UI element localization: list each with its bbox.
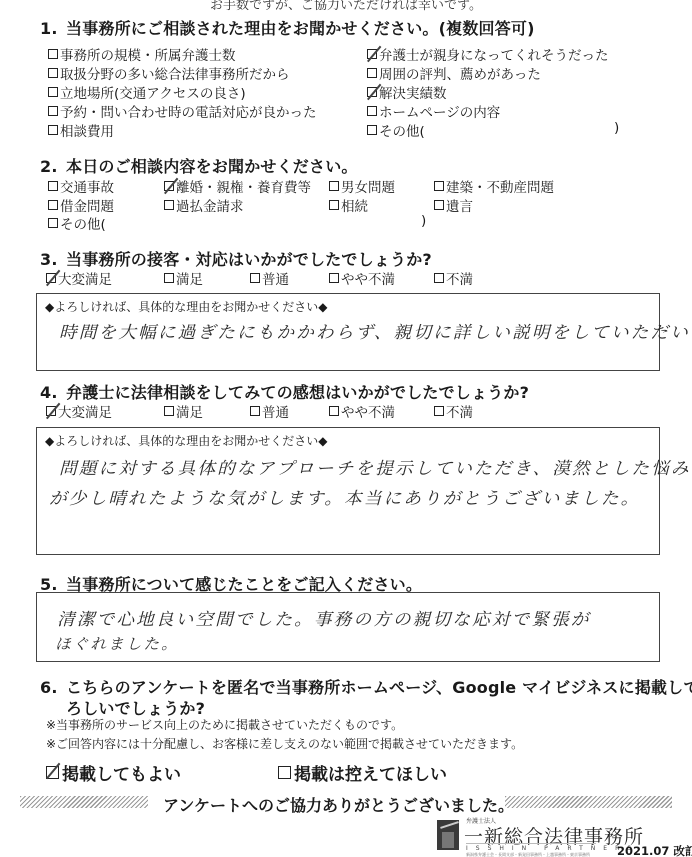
- option-label: 借金問題: [60, 195, 114, 215]
- thanks-message: アンケートへのご協力ありがとうございました。: [163, 793, 514, 816]
- hatch-divider-right: [505, 796, 672, 808]
- option-label: 大変満足: [58, 401, 112, 421]
- q2-option[interactable]: 借金問題: [48, 195, 114, 215]
- option-label: 事務所の規模・所属弁護士数: [60, 44, 236, 64]
- q1-option[interactable]: 周囲の評判、薦めがあった: [367, 63, 541, 83]
- q4-option-checked[interactable]: 大変満足: [46, 401, 112, 421]
- option-label: 弁護士が親身になってくれそうだった: [379, 44, 609, 64]
- checkbox-icon[interactable]: [329, 200, 339, 210]
- logo-offices: 新潟県弁護士会・長岡支部・新発田事務所・上越事務所・東京事務所: [466, 852, 590, 857]
- q3-title-text: 当事務所の接客・対応はいかがでしたでしょうか?: [66, 250, 432, 269]
- option-label: 掲載は控えてほしい: [294, 760, 447, 785]
- q3-number: 3.: [40, 250, 66, 269]
- q1-title-text: 当事務所にご相談された理由をお聞かせください。(複数回答可): [66, 19, 535, 38]
- q4-option[interactable]: 普通: [250, 401, 289, 421]
- checkbox-checked-icon[interactable]: [46, 406, 56, 416]
- option-label: 掲載してもよい: [62, 760, 181, 785]
- q5-answer-box[interactable]: 清潔で心地良い空間でした。事務の方の親切な応対で緊張が ほぐれました。: [36, 592, 660, 662]
- checkbox-icon[interactable]: [250, 273, 260, 283]
- checkbox-icon[interactable]: [48, 49, 58, 59]
- q2-option[interactable]: 遺言: [434, 195, 473, 215]
- q6-option-publish-decline[interactable]: 掲載は控えてほしい: [278, 760, 447, 785]
- checkbox-icon[interactable]: [164, 273, 174, 283]
- checkbox-icon[interactable]: [250, 406, 260, 416]
- q3-answer-box[interactable]: ◆よろしければ、具体的な理由をお聞かせください◆ 時間を大幅に過ぎたにもかかわら…: [36, 293, 660, 371]
- q5-handwritten-answer-line-1: 清潔で心地良い空間でした。事務の方の親切な応対で緊張が: [57, 605, 591, 630]
- checkbox-icon[interactable]: [329, 273, 339, 283]
- checkbox-icon[interactable]: [434, 200, 444, 210]
- option-label: 普通: [262, 401, 289, 421]
- checkbox-icon[interactable]: [48, 68, 58, 78]
- q1-option[interactable]: 予約・問い合わせ時の電話対応が良かった: [48, 101, 317, 121]
- option-label: 不満: [446, 401, 473, 421]
- q3-handwritten-answer: 時間を大幅に過ぎたにもかかわらず、親切に詳しい説明をしていただいた。: [59, 318, 692, 343]
- q5-handwritten-answer-line-2: ほぐれました。: [55, 633, 179, 654]
- q6-option-publish-ok[interactable]: 掲載してもよい: [46, 760, 181, 785]
- q3-option-checked[interactable]: 大変満足: [46, 268, 112, 288]
- checkbox-icon[interactable]: [434, 273, 444, 283]
- q6-note-1: ※当事務所のサービス向上のために掲載させていただくものです。: [46, 716, 403, 733]
- q1-other-close-paren: ): [614, 120, 619, 136]
- option-label: ホームページの内容: [379, 101, 500, 121]
- option-label: 立地場所(交通アクセスの良さ): [60, 82, 246, 102]
- q2-option[interactable]: 建築・不動産問題: [434, 176, 554, 196]
- checkbox-icon[interactable]: [48, 125, 58, 135]
- checkbox-icon[interactable]: [434, 406, 444, 416]
- q6-note-2: ※ご回答内容には十分配慮し、お客様に差し支えのない範囲で掲載させていただきます。: [46, 735, 523, 752]
- option-label: 建築・不動産問題: [446, 176, 554, 196]
- q2-number: 2.: [40, 157, 66, 176]
- checkbox-icon[interactable]: [367, 106, 377, 116]
- checkbox-checked-icon[interactable]: [164, 181, 174, 191]
- q4-answer-box[interactable]: ◆よろしければ、具体的な理由をお聞かせください◆ 問題に対する具体的なアプローチ…: [36, 427, 660, 555]
- checkbox-icon[interactable]: [48, 181, 58, 191]
- q4-option[interactable]: やや不満: [329, 401, 395, 421]
- q2-option[interactable]: 交通事故: [48, 176, 114, 196]
- q1-option[interactable]: 事務所の規模・所属弁護士数: [48, 44, 236, 64]
- option-label: 予約・問い合わせ時の電話対応が良かった: [60, 101, 317, 121]
- q4-handwritten-answer-line-1: 問題に対する具体的なアプローチを提示していただき、漠然とした悩み: [59, 454, 691, 479]
- logo-english-name: ISSHIN PARTNERS: [466, 843, 596, 852]
- q6-number: 6.: [40, 678, 66, 697]
- checkbox-icon[interactable]: [48, 87, 58, 97]
- option-label: 取扱分野の多い総合法律事務所だから: [60, 63, 290, 83]
- option-label: 過払金請求: [176, 195, 244, 215]
- option-label: 交通事故: [60, 176, 114, 196]
- checkbox-checked-icon[interactable]: [46, 273, 56, 283]
- checkbox-icon[interactable]: [48, 106, 58, 116]
- option-label: 満足: [176, 401, 203, 421]
- q3-option[interactable]: 満足: [164, 268, 203, 288]
- option-label: 解決実績数: [379, 82, 447, 102]
- q4-number: 4.: [40, 383, 66, 402]
- option-label: 男女問題: [341, 176, 395, 196]
- q2-title: 2.本日のご相談内容をお聞かせください。: [40, 154, 358, 177]
- firm-logo-icon: [437, 820, 459, 850]
- q1-option[interactable]: 立地場所(交通アクセスの良さ): [48, 82, 246, 102]
- checkbox-icon[interactable]: [329, 406, 339, 416]
- option-label: 周囲の評判、薦めがあった: [379, 63, 541, 83]
- checkbox-icon[interactable]: [278, 766, 291, 779]
- q3-option[interactable]: やや不満: [329, 268, 395, 288]
- option-label: 普通: [262, 268, 289, 288]
- q1-option[interactable]: 相談費用: [48, 120, 114, 140]
- checkbox-icon[interactable]: [48, 218, 58, 228]
- option-label: やや不満: [341, 268, 395, 288]
- q1-option-checked[interactable]: 解決実績数: [367, 82, 447, 102]
- hatch-divider-left: [20, 796, 148, 808]
- q2-option-checked[interactable]: 離婚・親権・養育費等: [164, 176, 311, 196]
- checkbox-icon[interactable]: [164, 200, 174, 210]
- option-label: その他(: [60, 213, 106, 233]
- option-label: その他(: [379, 120, 425, 140]
- q2-title-text: 本日のご相談内容をお聞かせください。: [66, 157, 358, 176]
- q2-option[interactable]: 男女問題: [329, 176, 395, 196]
- q2-option[interactable]: 相続: [329, 195, 368, 215]
- q4-handwritten-answer-line-2: が少し晴れたような気がします。本当にありがとうございました。: [49, 484, 640, 509]
- checkbox-checked-icon[interactable]: [46, 766, 59, 779]
- q3-option[interactable]: 普通: [250, 268, 289, 288]
- q3-title: 3.当事務所の接客・対応はいかがでしたでしょうか?: [40, 247, 432, 270]
- option-label: 遺言: [446, 195, 473, 215]
- q1-title: 1.当事務所にご相談された理由をお聞かせください。(複数回答可): [40, 16, 535, 39]
- q2-option-other[interactable]: その他(: [48, 213, 106, 233]
- q6-title-line-1: 6.こちらのアンケートを匿名で当事務所ホームページ、Google マイビジネスに…: [40, 675, 692, 698]
- q1-option-other[interactable]: その他(: [367, 120, 425, 140]
- q1-option-checked[interactable]: 弁護士が親身になってくれそうだった: [367, 44, 609, 64]
- checkbox-checked-icon[interactable]: [367, 49, 377, 59]
- checkbox-checked-icon[interactable]: [367, 87, 377, 97]
- revision-date: 2021.07 改訂: [617, 843, 692, 857]
- q4-title-text: 弁護士に法律相談をしてみての感想はいかがでしたでしょうか?: [66, 383, 529, 402]
- q4-title: 4.弁護士に法律相談をしてみての感想はいかがでしたでしょうか?: [40, 380, 529, 403]
- checkbox-icon[interactable]: [367, 125, 377, 135]
- q3-box-prompt: ◆よろしければ、具体的な理由をお聞かせください◆: [45, 298, 327, 315]
- q6-title-text: こちらのアンケートを匿名で当事務所ホームページ、Google マイビジネスに掲載…: [66, 678, 692, 697]
- option-label: やや不満: [341, 401, 395, 421]
- q4-option[interactable]: 満足: [164, 401, 203, 421]
- q1-option[interactable]: ホームページの内容: [367, 101, 500, 121]
- option-label: 満足: [176, 268, 203, 288]
- checkbox-icon[interactable]: [164, 406, 174, 416]
- checkbox-icon[interactable]: [434, 181, 444, 191]
- q4-box-prompt: ◆よろしければ、具体的な理由をお聞かせください◆: [45, 432, 327, 449]
- header-cut-text: お手数ですが、ご協力いただければ幸いです。: [0, 0, 692, 13]
- q4-option[interactable]: 不満: [434, 401, 473, 421]
- q2-other-close-paren: ): [421, 213, 426, 229]
- option-label: 離婚・親権・養育費等: [176, 176, 311, 196]
- checkbox-icon[interactable]: [48, 200, 58, 210]
- q3-option[interactable]: 不満: [434, 268, 473, 288]
- option-label: 大変満足: [58, 268, 112, 288]
- option-label: 相談費用: [60, 120, 114, 140]
- option-label: 不満: [446, 268, 473, 288]
- checkbox-icon[interactable]: [367, 68, 377, 78]
- q1-number: 1.: [40, 19, 66, 38]
- q2-option[interactable]: 過払金請求: [164, 195, 244, 215]
- q1-option[interactable]: 取扱分野の多い総合法律事務所だから: [48, 63, 290, 83]
- checkbox-icon[interactable]: [329, 181, 339, 191]
- option-label: 相続: [341, 195, 368, 215]
